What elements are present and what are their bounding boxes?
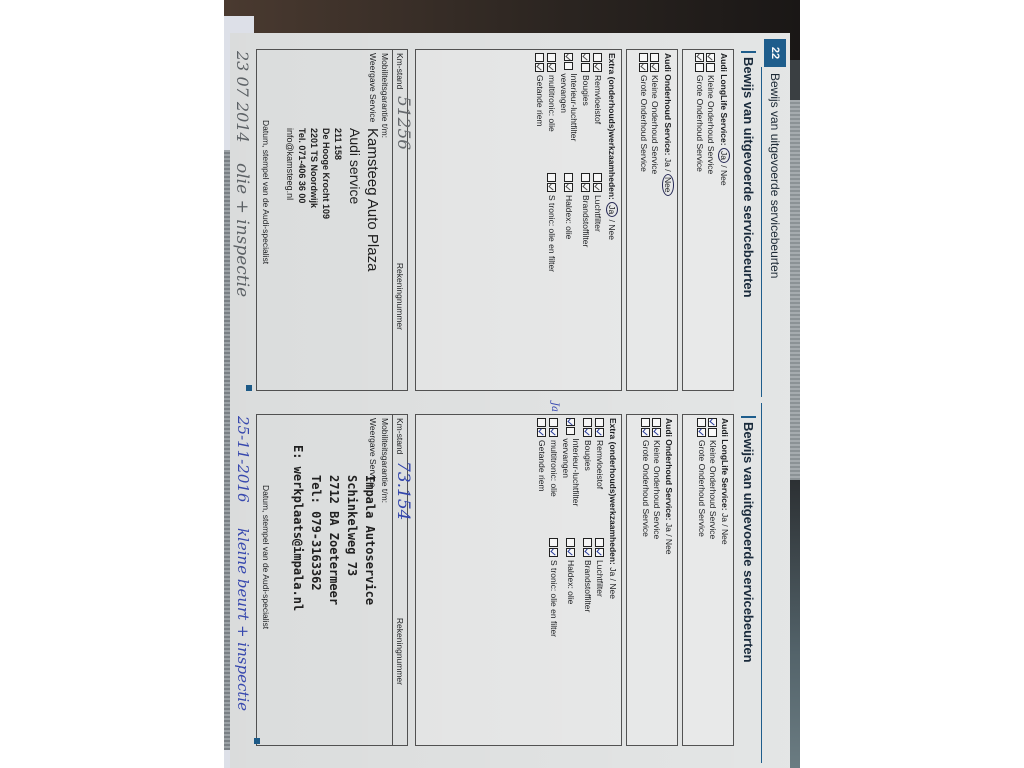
stamp-address: De Hooge Krocht 109 (321, 128, 331, 219)
stamp-name: Impala Autoservice (363, 475, 377, 605)
checkbox[interactable] (582, 173, 591, 182)
stamp-city: 2712 BA Zoetermeer (327, 475, 341, 605)
service-entry-2: Bewijs van uitgevoerde servicebeurten Au… (240, 408, 760, 763)
onderhoud-heading: Audi Onderhoud Service: Ja / Nee (662, 53, 674, 390)
stamp-city: 2201 TS Noordwijk (309, 128, 319, 208)
checkbox-row[interactable]: Bougies (583, 418, 593, 535)
checkbox[interactable] (653, 418, 662, 427)
checkbox[interactable] (584, 538, 593, 547)
checkbox[interactable] (651, 63, 660, 72)
checkbox[interactable] (642, 428, 651, 437)
checkbox[interactable] (567, 418, 576, 426)
checkbox-row[interactable]: Interieur-luchtfilter vervangen (561, 418, 581, 535)
stamp-email: E: werkplaats@impala.nl (291, 445, 305, 611)
checkbox-row[interactable]: Luchtfilter (593, 173, 603, 290)
extra-items: Remvloeistof Luchtfilter Bougies Brandst… (534, 50, 604, 390)
checkbox-row[interactable]: Interieur-luchtfilter vervangen (559, 53, 579, 170)
checkbox[interactable] (698, 418, 707, 427)
page-marker (246, 385, 252, 391)
checkbox-row[interactable]: Getande riem (535, 53, 545, 170)
checkbox[interactable] (596, 418, 605, 427)
page-number-badge: 22 (764, 39, 786, 67)
onderhoud-box: Audi Onderhoud Service: Ja / Nee Kleine … (626, 414, 678, 746)
checkbox[interactable] (538, 418, 547, 427)
section-title: Bewijs van uitgevoerde servicebeurten (741, 51, 756, 298)
page-wrapper: 22 Bewijs van uitgevoerde servicebeurten… (230, 33, 790, 768)
checkbox[interactable] (565, 173, 574, 182)
checkbox-row[interactable]: Kleine Onderhoud Service (706, 53, 716, 390)
handwritten-note: olie + inspectie (232, 163, 252, 297)
km-label: Km-stand (395, 53, 405, 89)
stamp-subname: Audi service (347, 128, 363, 204)
circled-option: Ja (606, 202, 618, 217)
signature-label: Datum, stempel van de Audi-specialist (261, 485, 271, 629)
stamp-name: Kamsteeg Auto Plaza (364, 128, 381, 271)
checkbox[interactable] (707, 53, 716, 62)
km-value: 51256 (393, 96, 413, 150)
checkbox[interactable] (584, 428, 593, 437)
header-rule (761, 67, 762, 397)
checkbox[interactable] (596, 538, 605, 547)
checkbox[interactable] (653, 428, 662, 437)
checkbox[interactable] (548, 53, 557, 62)
checkbox-row[interactable]: Brandstoffilter (583, 538, 593, 655)
extra-heading: Extra (onderhouds)werkzaamheden: Ja / Ne… (606, 53, 618, 390)
handwritten-date: 25-11-2016 (234, 416, 252, 502)
longlife-heading: Audi LongLife Service: Ja / Nee (720, 418, 730, 745)
checkbox[interactable] (584, 418, 593, 427)
extra-work-box: Extra (onderhouds)werkzaamheden: Ja / Ne… (415, 414, 622, 746)
booklet-photo: 22 Bewijs van uitgevoerde servicebeurten… (224, 0, 800, 768)
mobility-label: Mobiliteitsgarantie t/m: (380, 53, 390, 138)
account-label: Rekeningnummer (395, 618, 405, 685)
checkbox[interactable] (538, 428, 547, 437)
checkbox[interactable] (536, 53, 545, 62)
checkbox-row[interactable]: Haldex: olie (559, 173, 579, 290)
checkbox[interactable] (582, 53, 591, 62)
mileage-stamp-box: Km-stand 73.154 Rekeningnummer Mobilitei… (256, 414, 408, 746)
checkbox[interactable] (567, 427, 576, 435)
checkbox[interactable] (536, 63, 545, 72)
checkbox-row[interactable]: Remvloeistof (595, 418, 605, 535)
checkbox-row[interactable]: multitronic: olie (549, 418, 559, 535)
checkbox[interactable] (709, 428, 718, 437)
checkbox[interactable] (550, 418, 559, 427)
checkbox[interactable] (567, 548, 576, 557)
running-header: Bewijs van uitgevoerde servicebeurten (768, 73, 782, 278)
checkbox-row[interactable]: Grote Onderhoud Service (697, 418, 707, 745)
checkbox[interactable] (709, 418, 718, 427)
checkbox[interactable] (642, 418, 651, 427)
checkbox-row[interactable]: Grote Onderhoud Service (639, 53, 649, 390)
service-booklet-page: 22 Bewijs van uitgevoerde servicebeurten… (230, 33, 790, 768)
service-entry-1: Bewijs van uitgevoerde servicebeurten Au… (240, 43, 760, 398)
checkbox[interactable] (651, 53, 660, 62)
checkbox[interactable] (567, 538, 576, 547)
checkbox[interactable] (548, 173, 557, 182)
checkbox[interactable] (550, 538, 559, 547)
checkbox-row[interactable]: S tronic: olie en filter (549, 538, 559, 655)
checkbox[interactable] (550, 548, 559, 557)
account-label: Rekeningnummer (395, 263, 405, 330)
signature-label: Datum, stempel van de Audi-specialist (261, 120, 271, 264)
circled-option: Ja (718, 148, 730, 163)
km-value: 73.154 (393, 461, 413, 520)
checkbox-row[interactable]: multitronic: olie (547, 53, 557, 170)
longlife-heading: Audi LongLife Service: Ja / Nee (718, 53, 730, 390)
mileage-row: Km-stand 51256 Rekeningnummer (392, 50, 407, 390)
checkbox-row[interactable]: Kleine Onderhoud Service (650, 53, 660, 390)
checkbox[interactable] (582, 183, 591, 192)
checkbox-row[interactable]: Luchtfilter (595, 538, 605, 655)
checkbox[interactable] (582, 63, 591, 72)
longlife-box: Audi LongLife Service: Ja / Nee Kleine O… (682, 49, 734, 391)
checkbox[interactable] (707, 63, 716, 72)
checkbox[interactable] (548, 183, 557, 192)
checkbox[interactable] (640, 63, 649, 72)
mobility-label: Mobiliteitsgarantie t/m: (380, 418, 390, 503)
checkbox[interactable] (696, 53, 705, 62)
mileage-row: Km-stand 73.154 Rekeningnummer (392, 415, 407, 745)
checkbox[interactable] (565, 183, 574, 192)
stamp-email: info@kamsteeg.nl (285, 128, 295, 200)
circled-option: Nee (662, 174, 674, 196)
header-rule (761, 403, 762, 763)
checkbox[interactable] (565, 62, 574, 70)
onderhoud-box: Audi Onderhoud Service: Ja / Nee Kleine … (626, 49, 678, 391)
checkbox[interactable] (698, 428, 707, 437)
checkbox-row[interactable]: Grote Onderhoud Service (695, 53, 705, 390)
stamp-phone: Tel: 079-3163362 (309, 475, 323, 591)
checkbox[interactable] (596, 428, 605, 437)
extra-heading: Extra (onderhouds)werkzaamheden: Ja / Ne… (608, 418, 618, 745)
section-title: Bewijs van uitgevoerde servicebeurten (741, 416, 756, 663)
checkbox-row[interactable]: Grote Onderhoud Service (641, 418, 651, 745)
checkbox-row[interactable]: Kleine Onderhoud Service (652, 418, 662, 745)
checkbox-row[interactable]: S tronic: olie en filter (547, 173, 557, 290)
checkbox[interactable] (594, 63, 603, 72)
checkbox[interactable] (594, 183, 603, 192)
checkbox[interactable] (696, 63, 705, 72)
checkbox[interactable] (584, 548, 593, 557)
checkbox-row[interactable]: Kleine Onderhoud Service (708, 418, 718, 745)
stamp-dealer-number: 211 158 (333, 128, 343, 160)
mileage-stamp-box: Km-stand 51256 Rekeningnummer Mobiliteit… (256, 49, 408, 391)
stamp-address: Schinkelweg 73 (345, 475, 359, 576)
checkbox-row[interactable]: Brandstoffilter (581, 173, 591, 290)
checkbox[interactable] (594, 173, 603, 182)
extra-work-box: Extra (onderhouds)werkzaamheden: Ja / Ne… (415, 49, 622, 391)
checkbox-row[interactable]: Getande riem (537, 418, 547, 535)
display-service-label: Weergave Service (368, 53, 378, 122)
checkbox[interactable] (596, 548, 605, 557)
page-marker (254, 738, 260, 744)
checkbox[interactable] (640, 53, 649, 62)
checkbox-row[interactable]: Haldex: olie (561, 538, 581, 655)
stamp-phone: Tel. 071-406 36 00 (297, 128, 307, 203)
checkbox-row[interactable]: Bougies (581, 53, 591, 170)
km-label: Km-stand (395, 418, 405, 454)
extra-items: Remvloeistof Luchtfilter Bougies Brandst… (536, 415, 606, 745)
checkbox[interactable] (548, 63, 557, 72)
checkbox[interactable] (565, 53, 574, 61)
checkbox[interactable] (594, 53, 603, 62)
checkbox[interactable] (550, 428, 559, 437)
checkbox-row[interactable]: Remvloeistof (593, 53, 603, 170)
onderhoud-heading: Audi Onderhoud Service: Ja / Nee (664, 418, 674, 745)
handwritten-note: kleine beurt + inspectie (234, 528, 252, 711)
handwritten-date: 23 07 2014 (233, 51, 252, 143)
longlife-box: Audi LongLife Service: Ja / Nee Kleine O… (682, 414, 734, 746)
handwritten-margin-note: Ja (549, 402, 560, 412)
